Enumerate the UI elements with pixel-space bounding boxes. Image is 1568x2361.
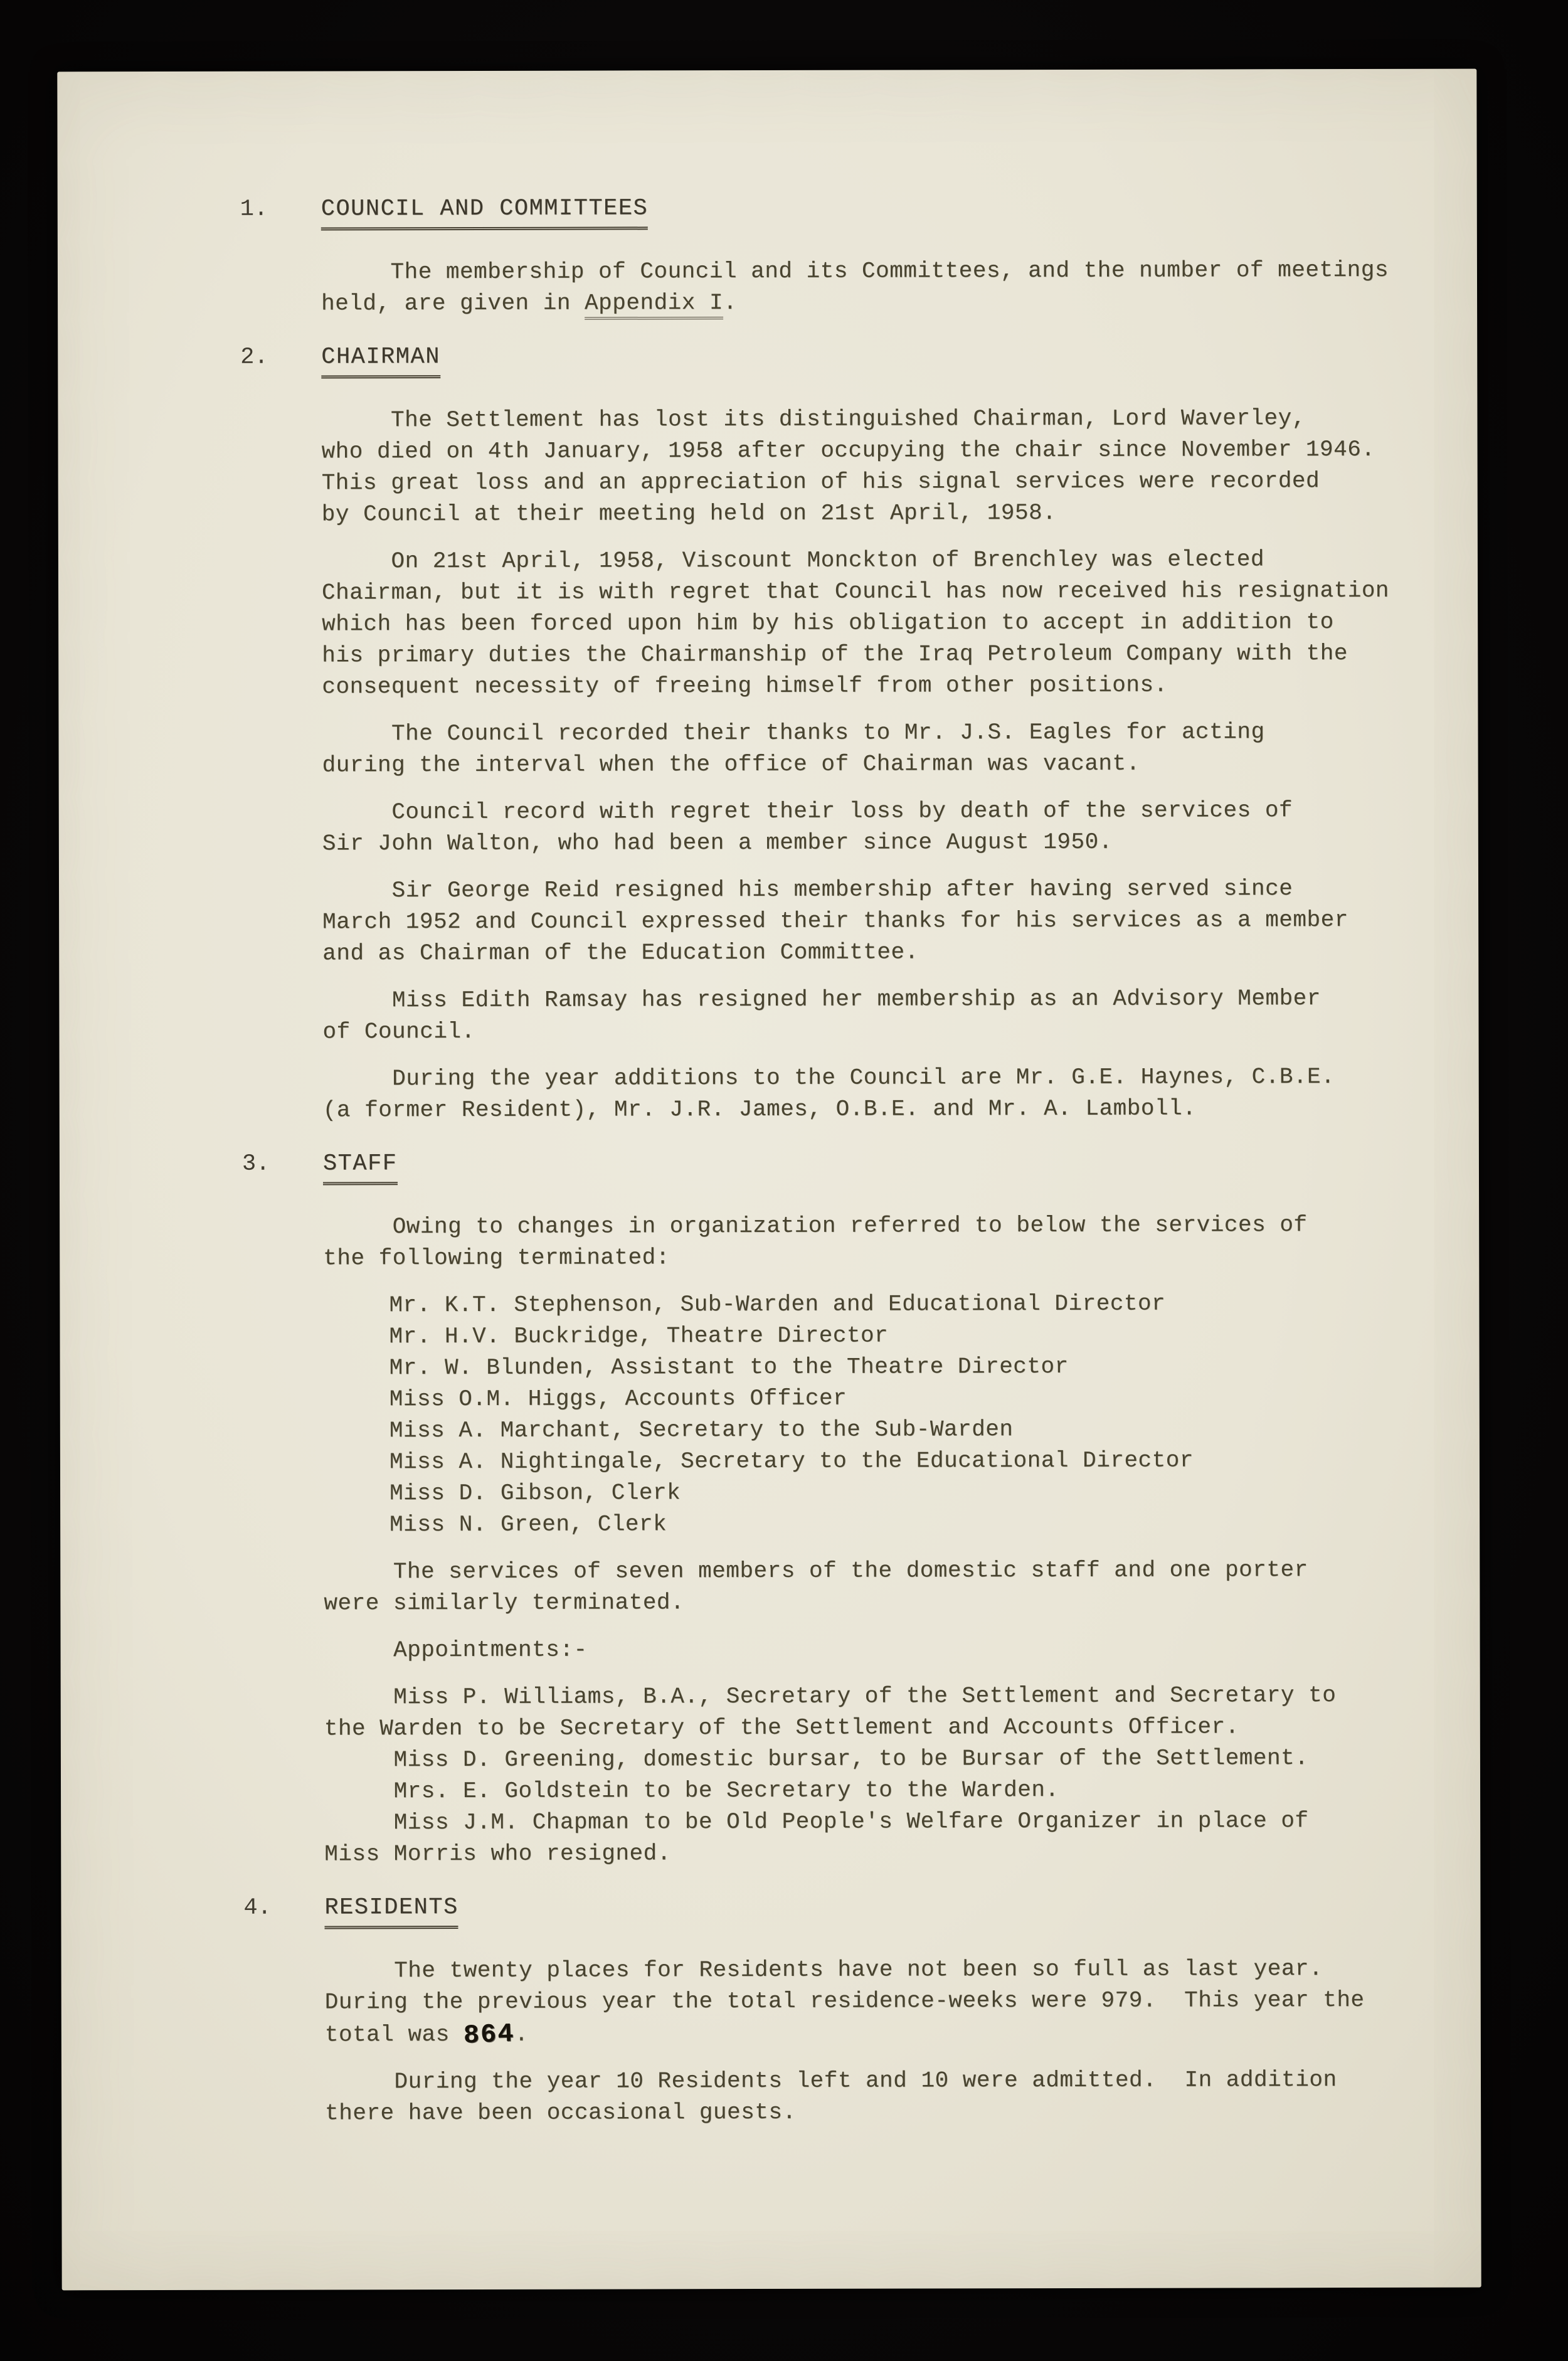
section-number: 1. <box>240 193 321 225</box>
section-body: The membership of Council and its Commit… <box>321 255 1403 320</box>
paragraph-terminations-intro: Owing to changes in organization referre… <box>323 1209 1405 1275</box>
scan-background: 1. COUNCIL AND COMMITTEES The membership… <box>0 0 1568 2361</box>
staff-list-item: Miss D. Gibson, Clerk <box>389 1476 1406 1509</box>
paragraph-domestic-staff: The services of seven members of the dom… <box>324 1554 1406 1620</box>
paragraph-additions: During the year additions to the Council… <box>323 1061 1405 1127</box>
staff-list-item: Miss A. Nightingale, Secretary to the Ed… <box>389 1445 1406 1478</box>
paragraph-admissions: During the year 10 Residents left and 10… <box>325 2064 1407 2130</box>
paragraph-text: . <box>514 2022 528 2047</box>
section-body: Owing to changes in organization referre… <box>323 1209 1406 1870</box>
section-heading: COUNCIL AND COMMITTEES <box>321 193 649 230</box>
section-header: 3. STAFF <box>242 1146 1405 1186</box>
paragraph-eagles: The Council recorded their thanks to Mr.… <box>322 716 1404 782</box>
staff-list-item: Mr. H.V. Buckridge, Theatre Director <box>389 1319 1405 1352</box>
staff-list-item: Miss O.M. Higgs, Accounts Officer <box>389 1382 1406 1415</box>
paragraph-appointments: Miss P. Williams, B.A., Secretary of the… <box>324 1680 1407 1870</box>
section-header: 4. RESIDENTS <box>243 1890 1406 1929</box>
paragraph-waverley: The Settlement has lost its distinguishe… <box>321 403 1403 531</box>
paragraph-residence-weeks: The twenty places for Residents have not… <box>325 1953 1407 2051</box>
paragraph-text: The membership of Council and its Commit… <box>321 257 1389 317</box>
handwritten-total: 864 <box>463 2018 515 2051</box>
section-header: 1. COUNCIL AND COMMITTEES <box>240 191 1403 231</box>
section-number: 2. <box>240 341 321 373</box>
section-council-and-committees: 1. COUNCIL AND COMMITTEES The membership… <box>240 191 1403 320</box>
appendix-reference: Appendix I <box>585 290 723 319</box>
paragraph-monckton: On 21st April, 1958, Viscount Monckton o… <box>322 544 1404 703</box>
section-number: 3. <box>242 1148 323 1179</box>
paragraph-reid: Sir George Reid resigned his membership … <box>322 873 1404 970</box>
staff-list-item: Miss N. Green, Clerk <box>389 1507 1406 1541</box>
section-heading: RESIDENTS <box>324 1892 458 1929</box>
staff-list-item: Mr. K.T. Stephenson, Sub-Warden and Educ… <box>389 1288 1405 1321</box>
section-header: 2. CHAIRMAN <box>240 339 1403 379</box>
staff-list-item: Mr. W. Blunden, Assistant to the Theatre… <box>389 1350 1406 1384</box>
section-residents: 4. RESIDENTS The twenty places for Resid… <box>243 1890 1407 2130</box>
appointments-label: Appointments:- <box>324 1633 1406 1667</box>
document-page: 1. COUNCIL AND COMMITTEES The membership… <box>57 69 1481 2291</box>
section-number: 4. <box>243 1892 324 1923</box>
section-heading: CHAIRMAN <box>321 341 440 378</box>
section-chairman: 2. CHAIRMAN The Settlement has lost its … <box>240 339 1405 1127</box>
paragraph-text: . <box>723 290 737 316</box>
terminated-staff-list: Mr. K.T. Stephenson, Sub-Warden and Educ… <box>389 1288 1406 1541</box>
section-body: The twenty places for Residents have not… <box>325 1953 1407 2130</box>
section-heading: STAFF <box>323 1148 398 1185</box>
section-body: The Settlement has lost its distinguishe… <box>321 403 1404 1127</box>
staff-list-item: Miss A. Marchant, Secretary to the Sub-W… <box>389 1413 1406 1446</box>
paragraph-walton: Council record with regret their loss by… <box>322 795 1404 860</box>
section-staff: 3. STAFF Owing to changes in organizatio… <box>242 1146 1406 1870</box>
paragraph-membership: The membership of Council and its Commit… <box>321 255 1403 320</box>
paragraph-ramsay: Miss Edith Ramsay has resigned her membe… <box>322 983 1404 1048</box>
